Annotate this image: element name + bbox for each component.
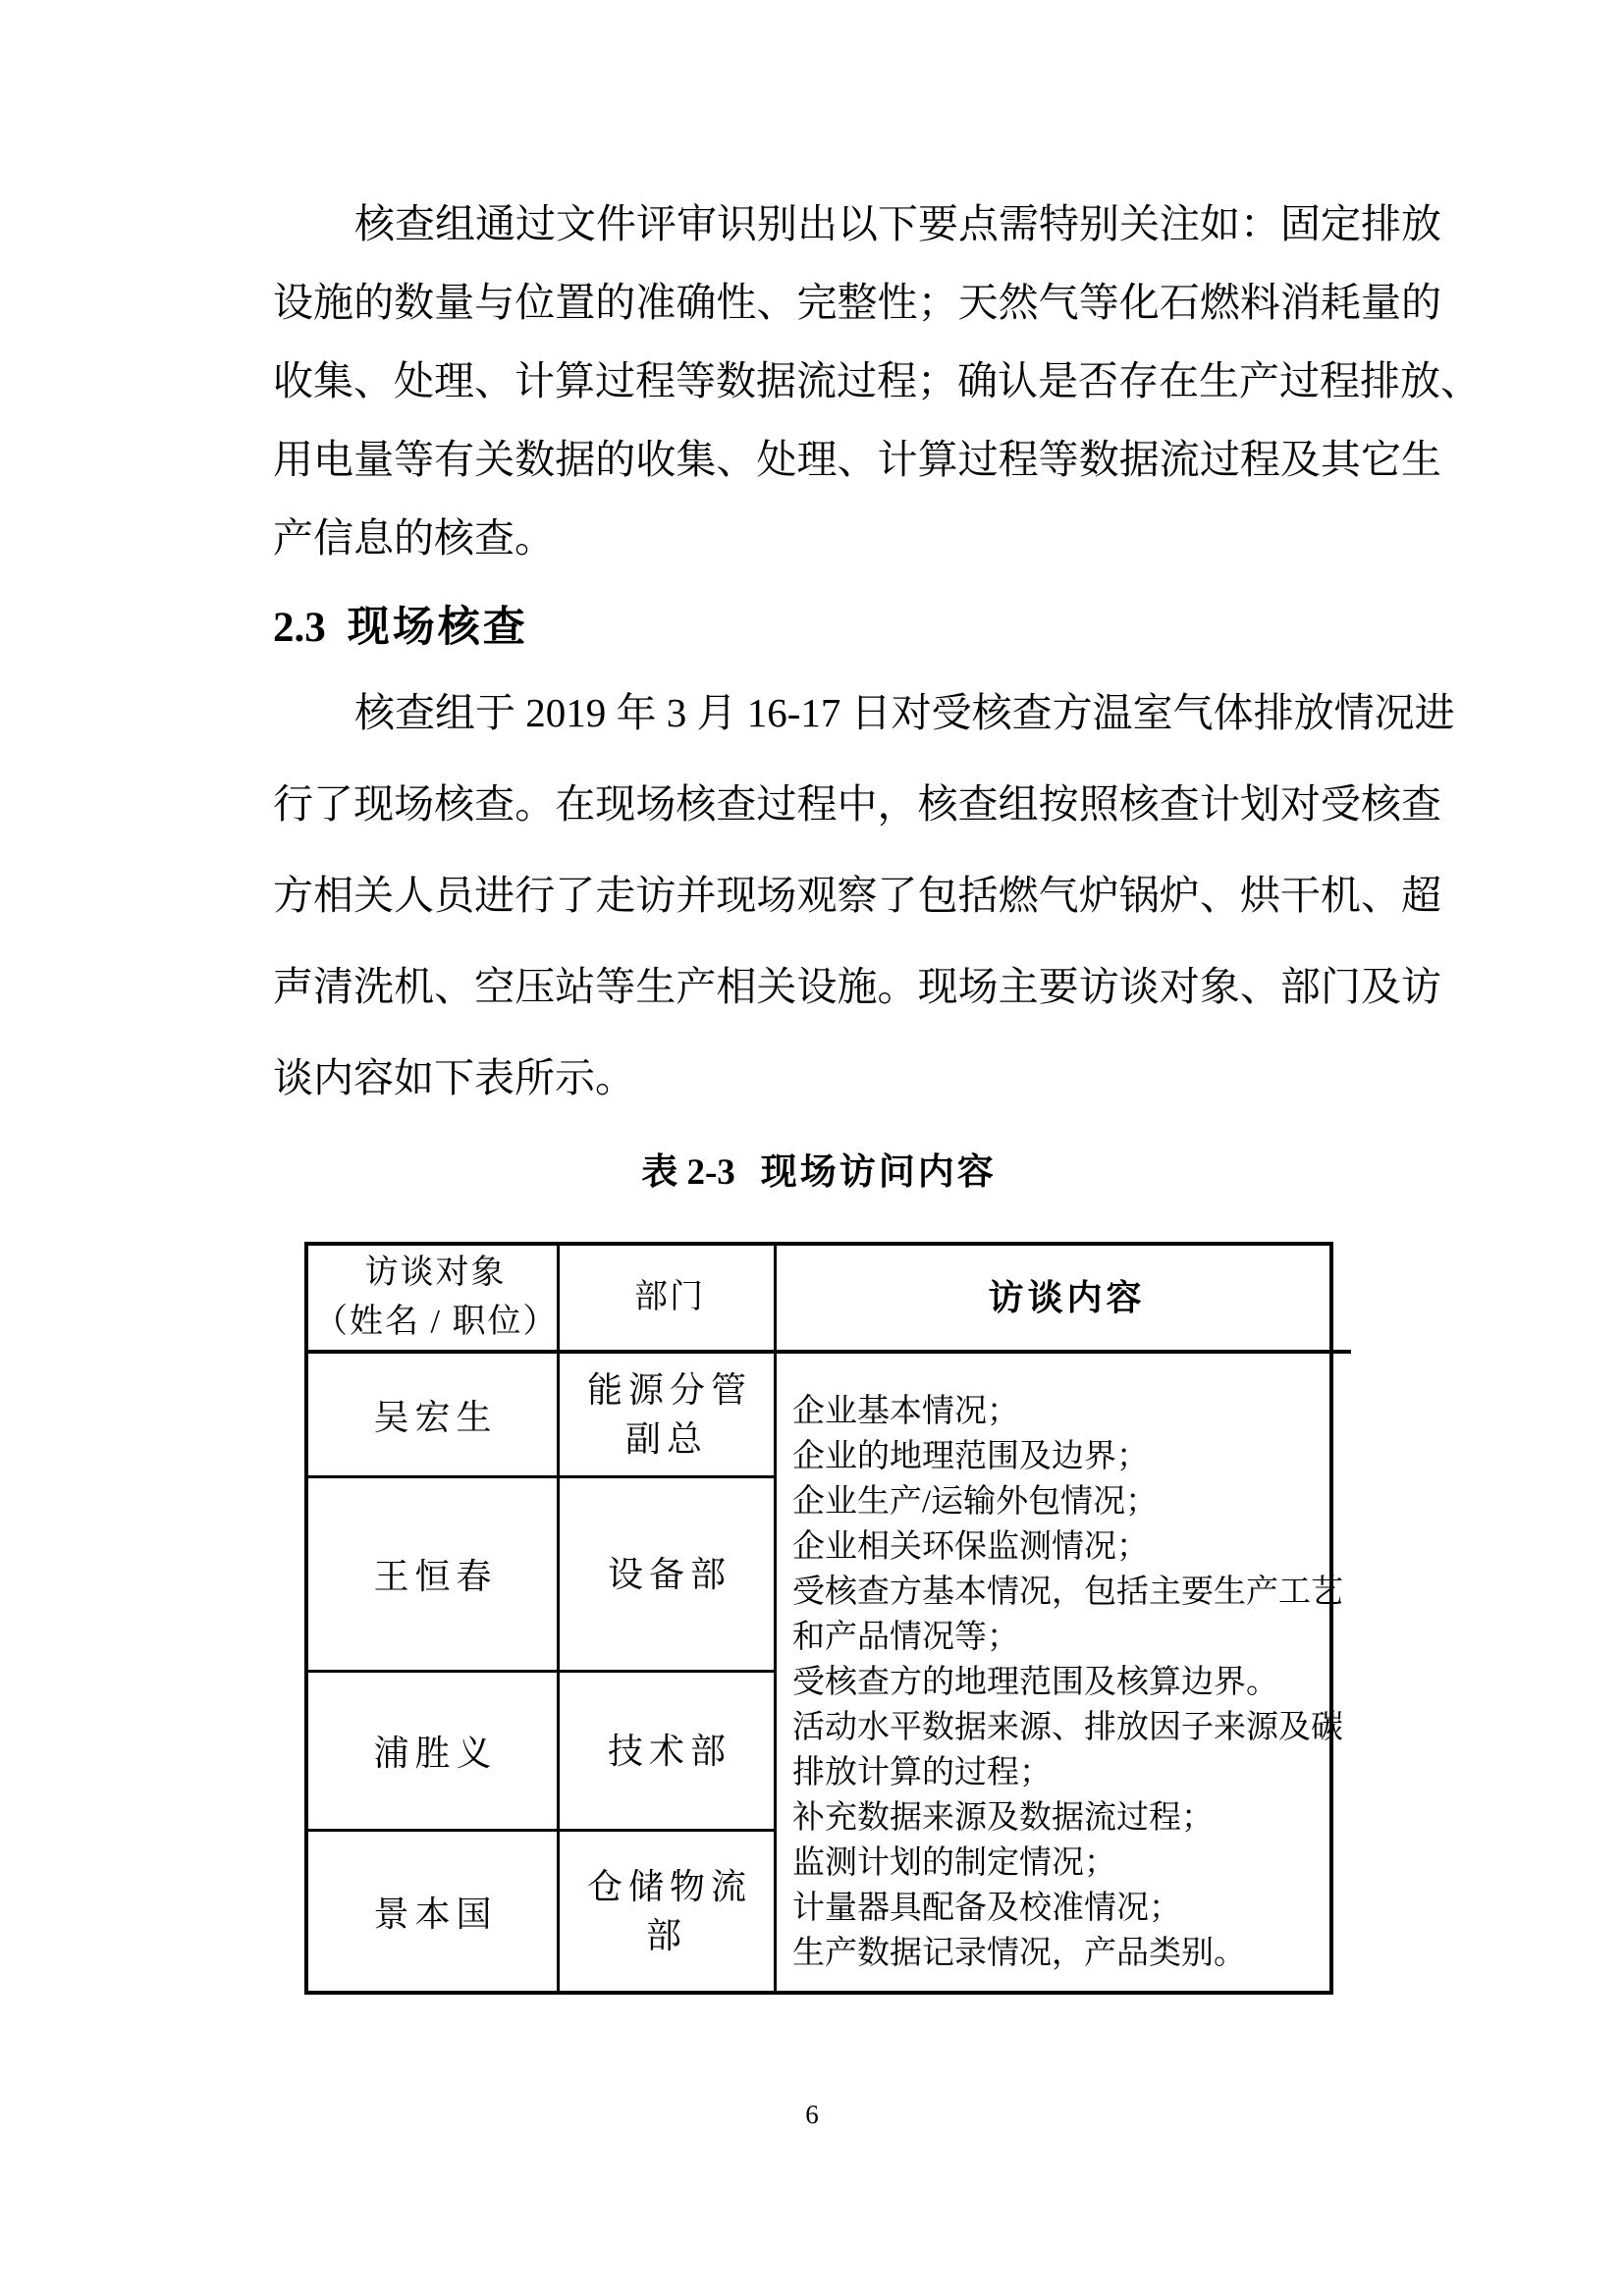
paragraph-line: 核查组于 2019 年 3 月 16-17 日对受核查方温室气体排放情况进: [273, 667, 1441, 759]
paragraph-document-review: 核查组通过文件评审识别出以下要点需特别关注如：固定排放 设施的数量与位置的准确性…: [273, 185, 1441, 577]
department-name: 仓储物流部: [560, 1832, 777, 1991]
interviewee-name: 浦胜义: [308, 1673, 560, 1832]
content-line: 受核查方基本情况，包括主要生产工艺: [792, 1570, 1343, 1615]
header-content-label: 访谈内容: [982, 1273, 1145, 1322]
table-caption: 表 2-3现场访问内容: [304, 1143, 1333, 1203]
department-name: 能源分管副总: [560, 1354, 777, 1478]
header-cell-interviewee: 访谈对象 （姓名 / 职位）: [308, 1246, 560, 1354]
header-interviewee-line1: 访谈对象: [359, 1249, 507, 1298]
header-cell-department: 部门: [560, 1246, 777, 1354]
section-title: 现场核查: [348, 605, 528, 651]
paragraph-line: 用电量等有关数据的收集、处理、计算过程等数据流过程及其它生: [273, 420, 1441, 499]
paragraph-line: 收集、处理、计算过程等数据流过程；确认是否存在生产过程排放、: [273, 342, 1441, 420]
interviewee-name: 景本国: [308, 1832, 560, 1991]
content-line: 受核查方的地理范围及核算边界。: [792, 1660, 1343, 1705]
content-line: 补充数据来源及数据流过程；: [792, 1795, 1343, 1841]
interviewee-name: 吴宏生: [308, 1354, 560, 1478]
paragraph-line: 核查组通过文件评审识别出以下要点需特别关注如：固定排放: [273, 185, 1441, 263]
content-line: 企业基本情况；: [792, 1389, 1343, 1434]
paragraph-line: 设施的数量与位置的准确性、完整性；天然气等化石燃料消耗量的: [273, 263, 1441, 342]
header-cell-content: 访谈内容: [777, 1246, 1351, 1354]
header-interviewee-line2: （姓名 / 职位）: [308, 1298, 557, 1347]
department-name: 设备部: [560, 1478, 777, 1673]
section-heading: 2.3现场核查: [273, 587, 528, 669]
interview-table: 访谈对象 （姓名 / 职位） 部门 访谈内容 吴宏生 能源分管副总 企业基本情况…: [304, 1242, 1333, 1995]
department-name: 技术部: [560, 1673, 777, 1832]
header-department-label: 部门: [628, 1273, 705, 1322]
table-caption-label: 表 2-3: [641, 1152, 735, 1193]
interviewee-name: 王恒春: [308, 1478, 560, 1673]
paragraph-line: 行了现场核查。在现场核查过程中，核查组按照核查计划对受核查: [273, 759, 1441, 850]
table-caption-title: 现场访问内容: [761, 1152, 997, 1193]
paragraph-line: 谈内容如下表所示。: [273, 1033, 1441, 1124]
content-line: 生产数据记录情况，产品类别。: [792, 1931, 1343, 1976]
content-line: 和产品情况等；: [792, 1615, 1343, 1660]
content-line: 企业相关环保监测情况；: [792, 1524, 1343, 1570]
interview-content-cell: 企业基本情况； 企业的地理范围及边界； 企业生产/运输外包情况； 企业相关环保监…: [777, 1354, 1351, 1991]
content-line: 企业的地理范围及边界；: [792, 1434, 1343, 1479]
content-line: 企业生产/运输外包情况；: [792, 1479, 1343, 1524]
page-number: 6: [0, 2093, 1624, 2136]
paragraph-line: 产信息的核查。: [273, 499, 1441, 577]
section-number: 2.3: [273, 605, 326, 651]
content-line: 监测计划的制定情况；: [792, 1841, 1343, 1886]
content-line: 计量器具配备及校准情况；: [792, 1886, 1343, 1931]
content-line: 活动水平数据来源、排放因子来源及碳: [792, 1705, 1343, 1750]
content-line: 排放计算的过程；: [792, 1750, 1343, 1795]
paragraph-line: 声清洗机、空压站等生产相关设施。现场主要访谈对象、部门及访: [273, 941, 1441, 1033]
document-page: 核查组通过文件评审识别出以下要点需特别关注如：固定排放 设施的数量与位置的准确性…: [0, 0, 1624, 2296]
paragraph-site-visit: 核查组于 2019 年 3 月 16-17 日对受核查方温室气体排放情况进 行了…: [273, 667, 1441, 1124]
paragraph-line: 方相关人员进行了走访并现场观察了包括燃气炉锅炉、烘干机、超: [273, 850, 1441, 941]
